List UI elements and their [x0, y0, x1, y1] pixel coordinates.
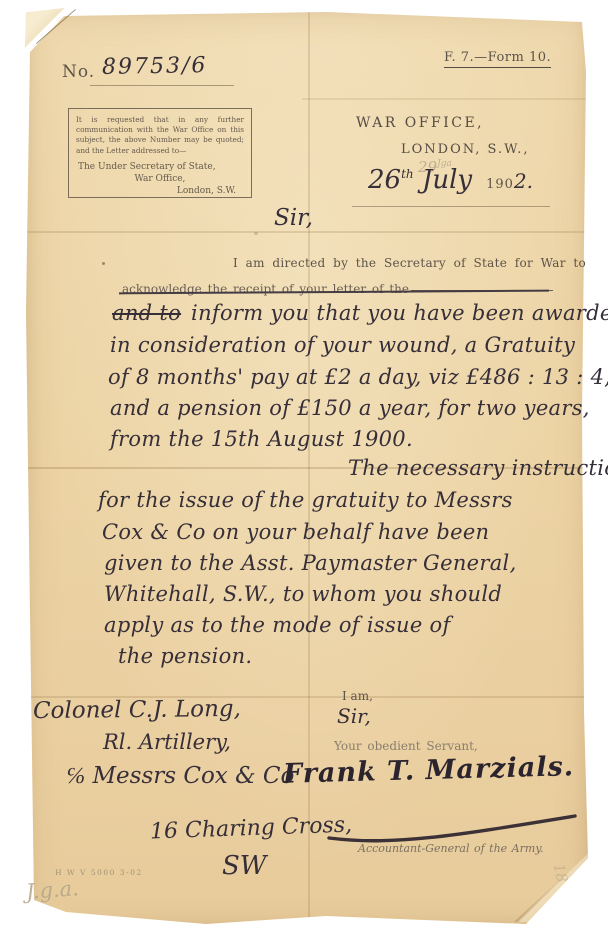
date-underline	[352, 206, 550, 207]
body-line: apply as to the mode of issue of	[104, 613, 451, 637]
body-line: for the issue of the gratuity to Messrs	[98, 488, 513, 512]
recipient-care-of: ℅ Messrs Cox & Co	[66, 763, 294, 789]
recipient-regiment: Rl. Artillery,	[103, 730, 231, 754]
paper-blemish	[254, 232, 258, 235]
notice-addressee-line: London, S.W.	[76, 185, 244, 197]
body-line: the pension.	[118, 644, 252, 668]
recipient-district: SW	[222, 851, 267, 881]
pencil-initials: J.g.a.	[25, 876, 79, 904]
struck-printed-line: acknowledge the receipt of your letter o…	[122, 282, 553, 296]
printed-opening-line: I am directed by the Secretary of State …	[233, 256, 586, 270]
body-line: in consideration of your wound, a Gratui…	[110, 333, 575, 357]
date-line: 26th July1902.	[368, 165, 533, 195]
date-day: 26	[368, 165, 401, 195]
bottom-right-corner-fold	[514, 850, 592, 922]
number-value: 89753/6	[102, 53, 208, 80]
date-year-printed: 190	[486, 177, 514, 192]
closing-sir: Sir,	[337, 704, 371, 728]
body-line: The necessary instructions	[348, 456, 608, 480]
pencil-corner-mark: 18	[550, 862, 572, 884]
number-label: No.	[62, 62, 95, 82]
body-line: from the 15th August 1900.	[110, 427, 413, 451]
body-line: Whitehall, S.W., to whom you should	[104, 582, 502, 606]
number-underline	[90, 85, 234, 86]
struck-handwritten-words: and to	[112, 301, 181, 325]
fold-crease-1	[26, 231, 588, 233]
letterhead-office: WAR OFFICE,	[356, 115, 484, 131]
signature-title: Accountant-General of the Army.	[358, 842, 544, 855]
date-month: July	[422, 165, 472, 195]
ink-speck	[102, 262, 105, 265]
recipient-name: Colonel C.J. Long,	[33, 696, 241, 724]
body-line: Cox & Co on your behalf have been	[102, 520, 489, 544]
body-line: of 8 months' pay at £2 a day, viz £486 :…	[108, 365, 608, 389]
date-year-handwritten: 2	[514, 169, 527, 193]
notice-box: It is requested that in any further comm…	[68, 108, 252, 198]
top-fold-crease	[302, 98, 588, 100]
body-line: given to the Asst. Paymaster General,	[104, 551, 517, 575]
signature-flourish	[323, 810, 581, 846]
letterhead-city: LONDON, S.W.,	[401, 142, 529, 157]
vertical-fold-crease	[308, 12, 310, 932]
closing-servant: Your obedient Servant,	[334, 739, 478, 753]
closing-i-am: I am,	[342, 689, 373, 703]
salutation: Sir,	[274, 205, 313, 231]
date-period: .	[527, 169, 533, 193]
notice-addressee-line: War Office,	[76, 173, 244, 185]
notice-text: It is requested that in any further comm…	[76, 115, 244, 156]
notice-addressee-line: The Under Secretary of State,	[76, 161, 244, 173]
form-reference: F. 7.—Form 10.	[444, 50, 551, 68]
printer-code: H W V 5000 3-02	[55, 868, 143, 877]
date-ordinal: th	[401, 167, 414, 181]
body-line-text: inform you that you have been awarded,	[191, 301, 608, 325]
body-line: and a pension of £150 a year, for two ye…	[110, 396, 590, 420]
body-line: and toinform you that you have been awar…	[112, 301, 608, 325]
struck-printed-text: acknowledge the receipt of your letter o…	[122, 282, 409, 296]
notice-addressee: The Under Secretary of State, War Office…	[76, 161, 244, 197]
